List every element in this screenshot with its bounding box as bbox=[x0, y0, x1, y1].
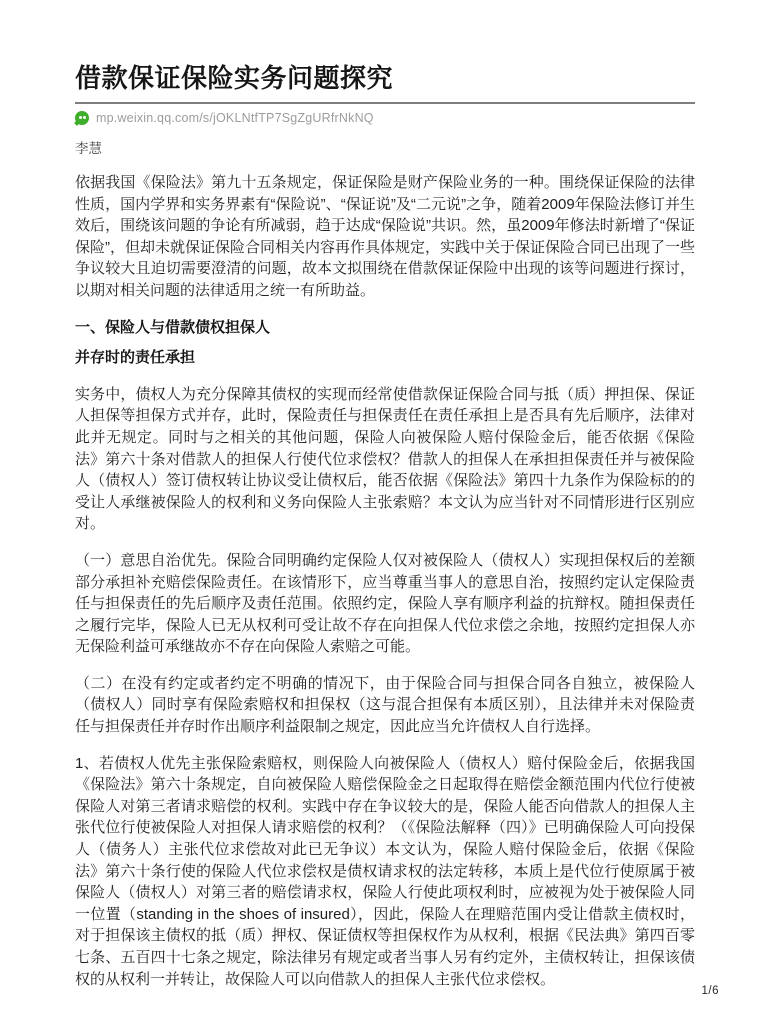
paragraph-point-one: 1、若债权人优先主张保险索赔权，则保险人向被保险人（债权人）赔付保险金后，依据我… bbox=[75, 753, 695, 991]
source-url-link[interactable]: mp.weixin.qq.com/s/jOKLNtfTP7SgZgURfrNkN… bbox=[96, 111, 374, 125]
wechat-icon-tail bbox=[74, 120, 80, 126]
wechat-icon-eye-left bbox=[79, 116, 82, 119]
paragraph-practice-overview: 实务中，债权人为充分保障其债权的实现而经常使借款保证保险合同与抵（质）押担保、保… bbox=[75, 384, 695, 535]
article-content: 借款保证保险实务问题探究 mp.weixin.qq.com/s/jOKLNtfT… bbox=[75, 0, 695, 990]
title-divider bbox=[75, 102, 695, 104]
paragraph-item-two: （二）在没有约定或者约定不明确的情况下，由于保险合同与担保合同各自独立，被保险人… bbox=[75, 673, 695, 738]
paragraph-intro: 依据我国《保险法》第九十五条规定，保证保险是财产保险业务的一种。围绕保证保险的法… bbox=[75, 172, 695, 302]
section-heading-line1: 一、保险人与借款债权担保人 bbox=[75, 317, 695, 339]
wechat-icon-eye-right bbox=[83, 116, 86, 119]
author-name: 李慧 bbox=[75, 137, 695, 157]
paragraph-item-one: （一）意思自治优先。保险合同明确约定保险人仅对被保险人（债权人）实现担保权后的差… bbox=[75, 550, 695, 658]
document-page: 借款保证保险实务问题探究 mp.weixin.qq.com/s/jOKLNtfT… bbox=[0, 0, 768, 1024]
page-title: 借款保证保险实务问题探究 bbox=[75, 62, 695, 94]
page-number: 1/6 bbox=[702, 985, 720, 997]
wechat-icon bbox=[75, 111, 89, 125]
section-heading-line2: 并存时的责任承担 bbox=[75, 347, 695, 369]
source-row: mp.weixin.qq.com/s/jOKLNtfTP7SgZgURfrNkN… bbox=[75, 110, 695, 126]
